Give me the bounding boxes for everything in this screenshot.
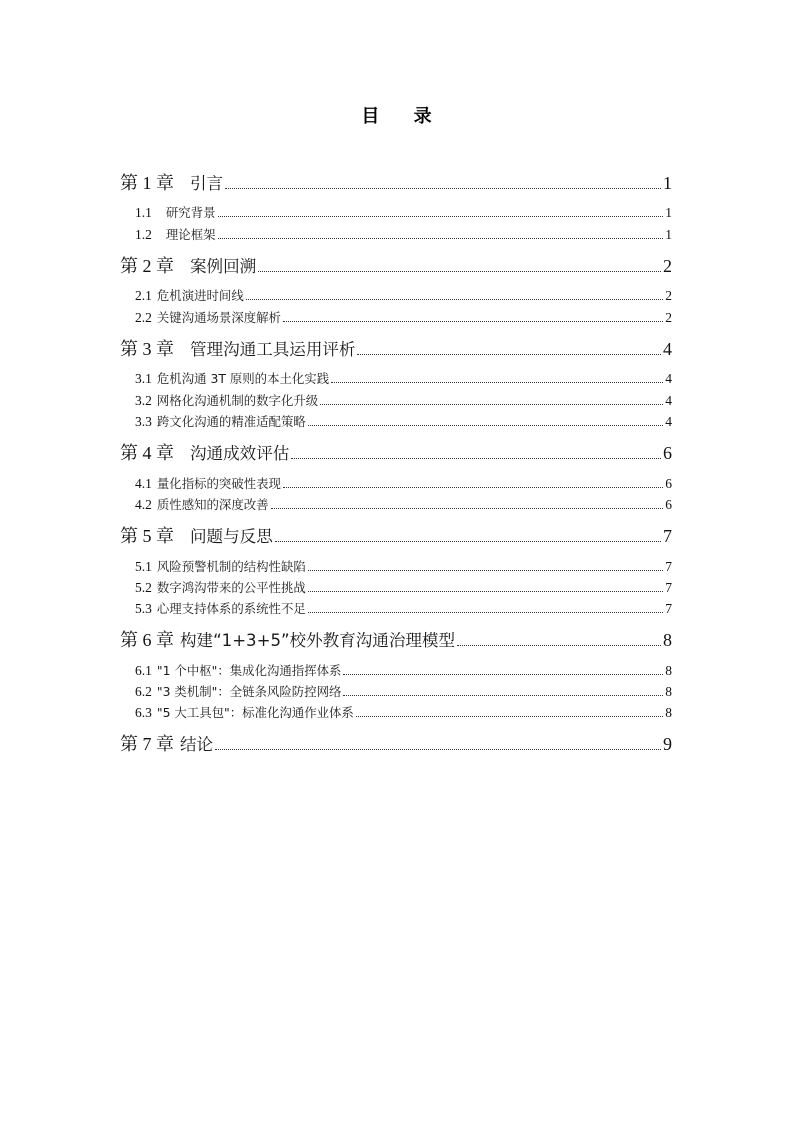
page-number: 2 [665, 287, 672, 305]
dot-leader [271, 496, 664, 514]
page-number: 4 [665, 413, 672, 431]
page-number: 8 [665, 704, 672, 722]
section-title: 质性感知的深度改善 [157, 496, 269, 514]
toc-chapter-6[interactable]: 第 6 章 构建“1+3+5”校外教育沟通治理模型 8 [120, 628, 672, 652]
section-number: 4.2 [135, 496, 152, 514]
chapter-title: 管理沟通工具运用评析 [190, 338, 355, 362]
chapter-title: 问题与反思 [190, 525, 273, 549]
page-number: 1 [665, 204, 672, 222]
section-number: 6.2 [135, 683, 152, 701]
toc-section-4-2[interactable]: 4.2 质性感知的深度改善 6 [135, 496, 672, 514]
page-number: 2 [663, 254, 672, 278]
page-number: 6 [665, 496, 672, 514]
dot-leader [283, 475, 663, 493]
chapter-number: 第 2 章 [120, 254, 174, 278]
dot-leader [356, 704, 663, 722]
toc-chapter-3[interactable]: 第 3 章 管理沟通工具运用评析 4 [120, 337, 672, 361]
dot-leader [457, 628, 661, 652]
toc-section-6-2[interactable]: 6.2 "3 类机制"：全链条风险防控网络 8 [135, 683, 672, 701]
chapter-title: 案例回溯 [190, 255, 256, 279]
dot-leader [258, 254, 661, 278]
section-title: 理论框架 [166, 226, 216, 244]
chapter-title: 构建“1+3+5”校外教育沟通治理模型 [180, 629, 455, 653]
page-number: 1 [663, 171, 672, 195]
dot-leader [215, 732, 661, 756]
section-number: 4.1 [135, 475, 152, 493]
section-title: 心理支持体系的系统性不足 [157, 600, 306, 618]
section-number: 6.1 [135, 662, 152, 680]
page-number: 1 [665, 226, 672, 244]
section-number: 5.2 [135, 579, 152, 597]
chapter-title: 沟通成效评估 [190, 442, 289, 466]
section-number: 3.1 [135, 370, 152, 388]
toc-section-2-1[interactable]: 2.1 危机演进时间线 2 [135, 287, 672, 305]
chapter-number: 第 6 章 [120, 628, 174, 652]
toc-section-6-1[interactable]: 6.1 "1 个中枢"：集成化沟通指挥体系 8 [135, 662, 672, 680]
section-number: 5.3 [135, 600, 152, 618]
dot-leader [225, 171, 661, 195]
chapter-title: 结论 [180, 733, 213, 757]
chapter-title: 引言 [190, 172, 223, 196]
section-title: "5 大工具包"：标准化沟通作业体系 [157, 704, 354, 722]
page-number: 8 [663, 628, 672, 652]
section-title: 网格化沟通机制的数字化升级 [157, 392, 318, 410]
chapter-number: 第 7 章 [120, 732, 174, 756]
dot-leader [218, 204, 664, 222]
section-title: 关键沟通场景深度解析 [157, 309, 281, 327]
chapter-number: 第 1 章 [120, 171, 174, 195]
toc-section-4-1[interactable]: 4.1 量化指标的突破性表现 6 [135, 475, 672, 493]
page-number: 8 [665, 662, 672, 680]
toc-section-5-2[interactable]: 5.2 数字鸿沟带来的公平性挑战 7 [135, 579, 672, 597]
section-title: "1 个中枢"：集成化沟通指挥体系 [157, 662, 342, 680]
toc-chapter-1[interactable]: 第 1 章 引言 1 [120, 171, 672, 195]
section-number: 1.1 [135, 204, 152, 222]
toc-chapter-5[interactable]: 第 5 章 问题与反思 7 [120, 524, 672, 548]
section-number: 3.2 [135, 392, 152, 410]
dot-leader [218, 226, 664, 244]
dot-leader [357, 337, 661, 361]
section-title: 危机演进时间线 [157, 287, 244, 305]
dot-leader [343, 683, 663, 701]
toc-chapter-2[interactable]: 第 2 章 案例回溯 2 [120, 254, 672, 278]
section-title: 研究背景 [166, 204, 216, 222]
dot-leader [320, 392, 663, 410]
page-number: 7 [663, 524, 672, 548]
dot-leader [308, 579, 663, 597]
page-number: 4 [663, 337, 672, 361]
dot-leader [343, 662, 663, 680]
toc-section-3-3[interactable]: 3.3 跨文化沟通的精准适配策略 4 [135, 413, 672, 431]
page-number: 8 [665, 683, 672, 701]
toc-chapter-4[interactable]: 第 4 章 沟通成效评估 6 [120, 441, 672, 465]
page-number: 7 [665, 579, 672, 597]
section-number: 3.3 [135, 413, 152, 431]
toc-section-3-1[interactable]: 3.1 危机沟通 3T 原则的本土化实践 4 [135, 370, 672, 388]
page-number: 2 [665, 309, 672, 327]
section-title: 风险预警机制的结构性缺陷 [157, 558, 306, 576]
dot-leader [246, 287, 664, 305]
page-number: 4 [665, 392, 672, 410]
page-number: 6 [663, 441, 672, 465]
toc-section-1-1[interactable]: 1.1 研究背景 1 [135, 204, 672, 222]
page-title: 目 录 [0, 104, 793, 130]
page-number: 7 [665, 600, 672, 618]
section-title: 跨文化沟通的精准适配策略 [157, 413, 306, 431]
toc-section-5-3[interactable]: 5.3 心理支持体系的系统性不足 7 [135, 600, 672, 618]
section-number: 6.3 [135, 704, 152, 722]
section-number: 5.1 [135, 558, 152, 576]
toc-section-3-2[interactable]: 3.2 网格化沟通机制的数字化升级 4 [135, 392, 672, 410]
section-number: 2.1 [135, 287, 152, 305]
dot-leader [308, 600, 663, 618]
chapter-number: 第 4 章 [120, 441, 174, 465]
chapter-number: 第 5 章 [120, 524, 174, 548]
dot-leader [308, 558, 663, 576]
section-number: 2.2 [135, 309, 152, 327]
dot-leader [275, 524, 661, 548]
toc-section-5-1[interactable]: 5.1 风险预警机制的结构性缺陷 7 [135, 558, 672, 576]
section-title: 数字鸿沟带来的公平性挑战 [157, 579, 306, 597]
dot-leader [331, 370, 663, 388]
dot-leader [283, 309, 663, 327]
page-number: 7 [665, 558, 672, 576]
section-number: 1.2 [135, 226, 152, 244]
section-title: 量化指标的突破性表现 [157, 475, 281, 493]
toc-section-1-2[interactable]: 1.2 理论框架 1 [135, 226, 672, 244]
section-title: 危机沟通 3T 原则的本土化实践 [157, 370, 329, 388]
page-number: 9 [663, 732, 672, 756]
dot-leader [308, 413, 663, 431]
dot-leader [291, 441, 661, 465]
chapter-number: 第 3 章 [120, 337, 174, 361]
toc-section-2-2[interactable]: 2.2 关键沟通场景深度解析 2 [135, 309, 672, 327]
toc-chapter-7[interactable]: 第 7 章 结论 9 [120, 732, 672, 756]
page-number: 6 [665, 475, 672, 493]
section-title: "3 类机制"：全链条风险防控网络 [157, 683, 342, 701]
toc-section-6-3[interactable]: 6.3 "5 大工具包"：标准化沟通作业体系 8 [135, 704, 672, 722]
page-number: 4 [665, 370, 672, 388]
